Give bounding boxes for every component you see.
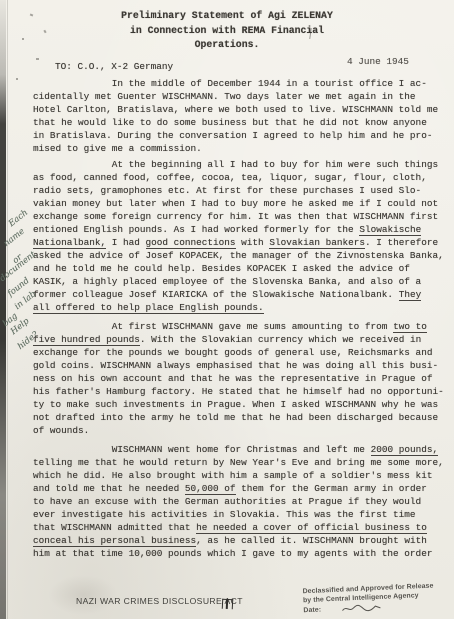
title-line-2: in Connection with REMA Financial	[77, 24, 377, 39]
title-line-1: Preliminary Statement of Agi ZELENAY	[77, 9, 377, 24]
cia-declassification-stamp: Declassified and Approved for Release by…	[302, 582, 453, 616]
title-line-3: Operations.	[77, 38, 377, 53]
paragraph-4: WISCHMANN went home for Christmas and le…	[33, 443, 453, 560]
paragraph-3: At first WISCHMANN gave me sums amountin…	[33, 320, 453, 437]
scan-speck	[22, 38, 24, 40]
nazi-war-crimes-stamp: NAZI WAR CRIMES DISCLOSURE ACT	[76, 596, 243, 606]
paragraph-1: In the middle of December 1944 in a tour…	[33, 77, 453, 155]
scan-edge-artifact	[0, 0, 6, 619]
paragraph-2: At the beginning all I had to buy for hi…	[33, 158, 453, 314]
scan-speck	[16, 78, 18, 80]
scan-speck	[30, 14, 34, 17]
addressee-line: TO: C.O., X-2 Germany	[55, 60, 173, 73]
scanned-document-page: Preliminary Statement of Agi ZELENAY in …	[0, 0, 454, 619]
date-line: 4 June 1945	[347, 55, 409, 68]
date-signature-scribble	[341, 602, 381, 614]
cia-stamp-date-label: Date:	[303, 606, 321, 615]
marginalia-word: Each	[7, 208, 30, 229]
scan-speck	[43, 30, 46, 34]
document-title: Preliminary Statement of Agi ZELENAY in …	[77, 9, 377, 53]
stamp-overprint-mark	[222, 599, 234, 610]
scan-speck	[36, 58, 39, 60]
scan-edge-line	[7, 0, 8, 619]
scan-smudge	[48, 575, 118, 615]
